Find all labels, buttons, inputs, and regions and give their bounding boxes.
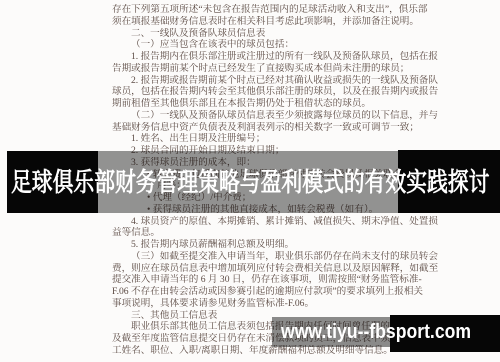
document-line: 5. 报告期内球员薪酬福利总额及明细。 xyxy=(112,239,440,251)
title-overlay-band: 足球俱乐部财务管理策略与盈利模式的有效实践探讨 xyxy=(7,151,500,213)
document-line: 提交准入申请当年的 6 月 30 日，仍存在该事项，则需按照“财务监管标准- xyxy=(112,274,440,286)
document-line: （二）一线队及预备队球员信息表至少须披露每位球员的以下信息，并与 xyxy=(112,110,440,122)
document-line: 1. 报告期内在俱乐部注册或注册过的所有一线队及预备队球员，包括在报 xyxy=(112,51,440,63)
document-line: （一）应当包含在该表中的球员包括： xyxy=(112,39,440,51)
document-line: 存在下列第五项所述“未包含在报告范围内的足球活动收入和支出”，俱乐部 xyxy=(112,4,440,16)
document-line: 4. 球员资产的原值、本期摊销、累计摊销、减值损失、期末净值、处置损 xyxy=(112,216,440,228)
document-page: 存在下列第五项所述“未包含在报告范围内的足球活动收入和支出”，俱乐部 须在填报基… xyxy=(0,0,500,362)
article-title-text: 足球俱乐部财务管理策略与盈利模式的有效实践探讨 xyxy=(11,151,489,213)
document-line: 基础财务信息中资产负债表及利润表列示的相关数字一致或可调节一致； xyxy=(112,122,440,134)
document-line: 益等信息。 xyxy=(112,227,440,239)
watermark-url-text: www.tiyu--fbsport.com xyxy=(281,315,471,349)
document-line: 事项说明，具体要求请参见财务监管标准-F.06。 xyxy=(112,298,440,310)
document-line: 球员，包括在报告期内转会至其他俱乐部注册的球员，以及在报告期内或报告 xyxy=(112,86,440,98)
document-line: 2. 报告期或报告期前某个时点已经对其确认收益或损失的一线队及预备队 xyxy=(112,75,440,87)
document-line: 二、一线队及预备队球员信息表 xyxy=(112,28,440,40)
document-line: 1. 姓名、出生日期及注册编号； xyxy=(112,133,440,145)
document-line: （三）如截至提交准入申请当年，职业俱乐部仍存在尚未支付的球员转会 xyxy=(112,251,440,263)
document-line: F.06 不存在由转会活动或因参赛引起的逾期应付款项”的要求填列上报相关 xyxy=(112,286,440,298)
document-line: 费，则应在球员信息表中增加填列应付转会费相关信息以及原因解释，如截至 xyxy=(112,263,440,275)
document-line: 须在填报基础财务信息表时在相关科目考虑此项影响，并添加备注说明。 xyxy=(112,16,440,28)
document-line: 期前租借至其他俱乐部且在本报告期仍处于租借状态的球员。 xyxy=(112,98,440,110)
document-line: 告期或报告期前某个时点已经发生了直接购买成本但尚未注册的球员； xyxy=(112,63,440,75)
